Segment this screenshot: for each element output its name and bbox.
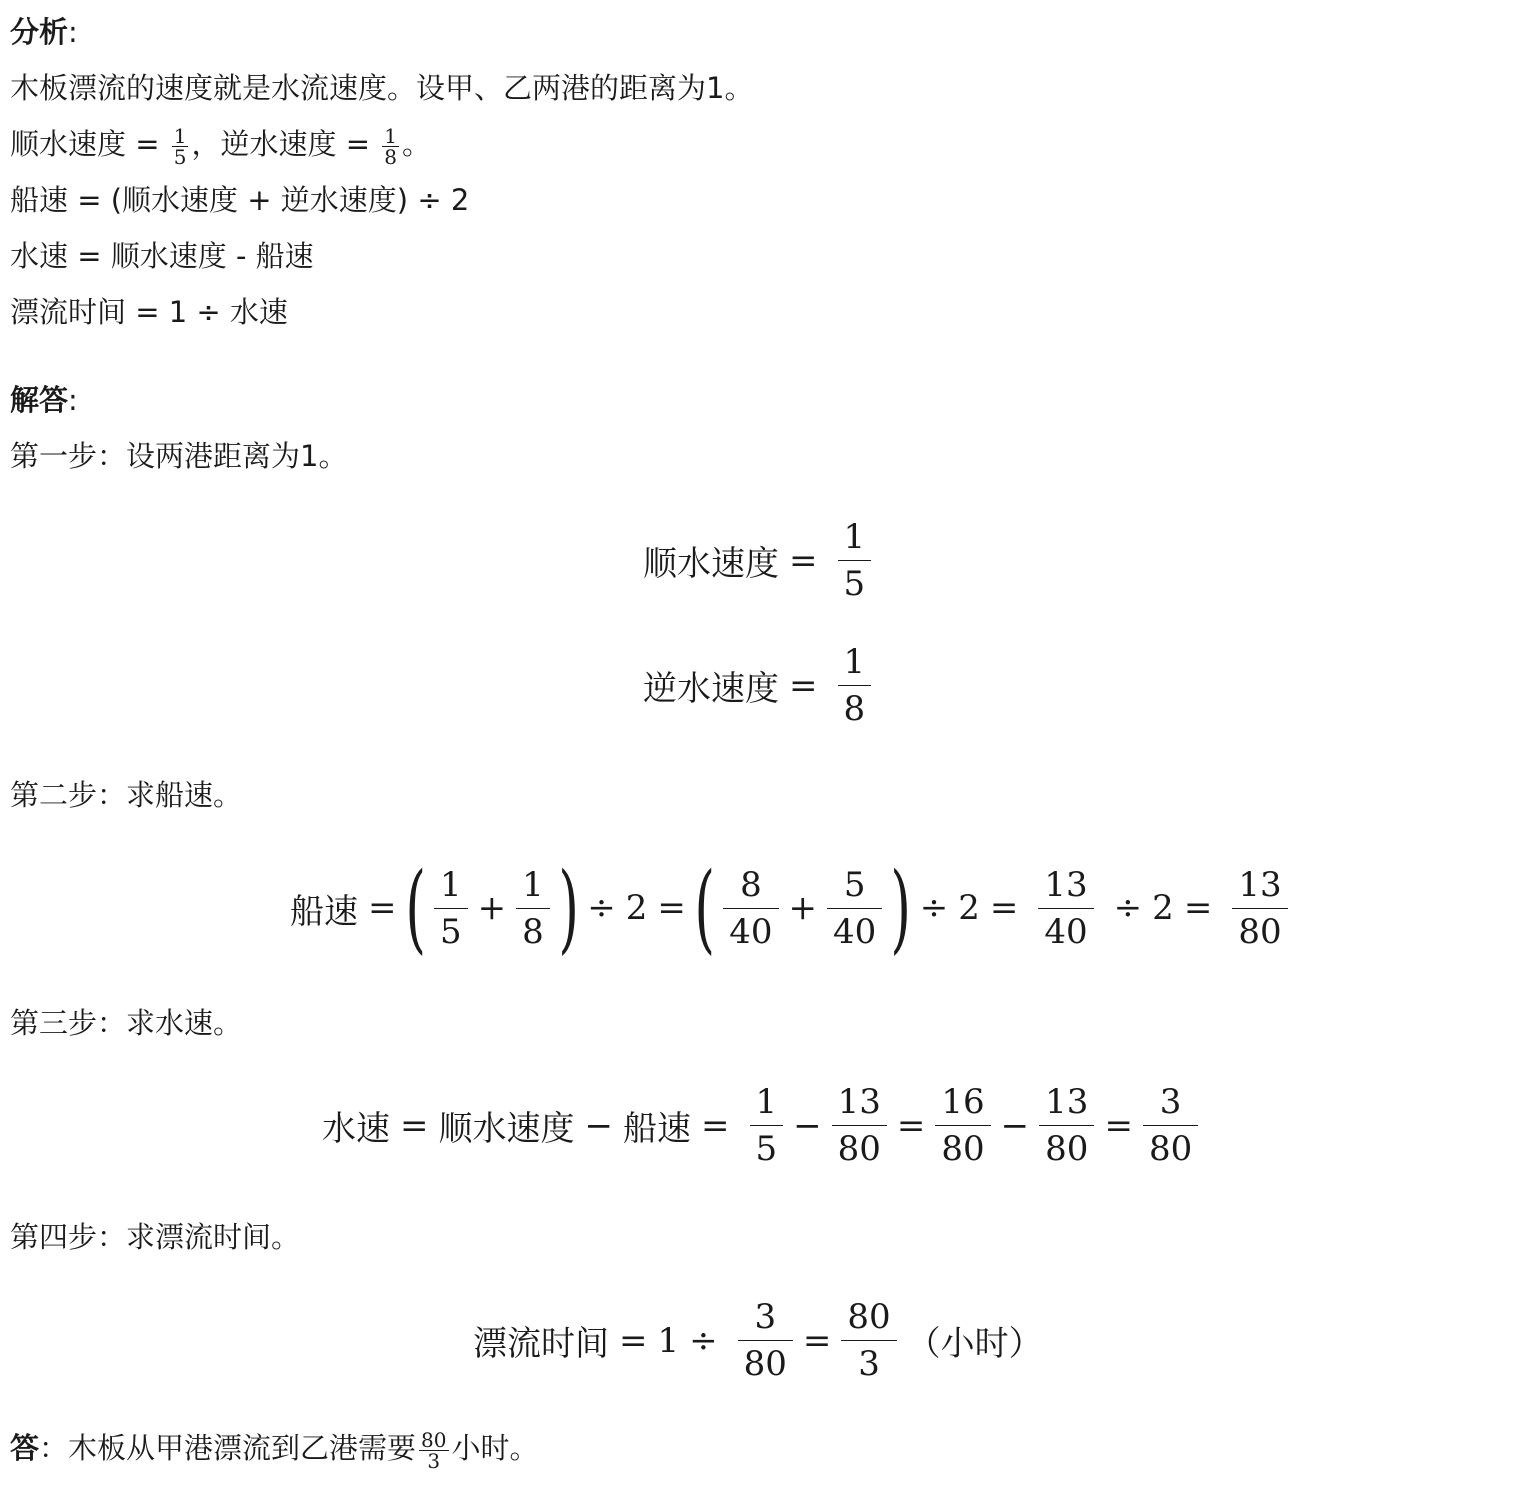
step-3: 第三步：求水速。 (10, 1003, 242, 1043)
equation-upstream-speed: 逆水速度= 18 (643, 645, 881, 726)
analysis-line-2: 顺水速度 = 15，逆水速度 = 18。 (10, 124, 431, 167)
step-4: 第四步：求漂流时间。 (10, 1217, 300, 1257)
analysis-line-3: 船速 = (顺水速度 + 逆水速度) ÷ 2 (10, 180, 469, 220)
analysis-heading: 分析: (10, 12, 78, 52)
fraction: 803 (419, 1430, 448, 1471)
answer-line: 答：木板从甲港漂流到乙港需要803小时。 (10, 1428, 539, 1471)
equation-water-speed: 水速= 顺水速度− 船速= 15 − 1380 = 1680 − 1380 = … (322, 1085, 1208, 1166)
step-2: 第二步：求船速。 (10, 775, 242, 815)
fraction: 18 (382, 126, 399, 167)
fraction: 15 (172, 126, 189, 167)
analysis-line-4: 水速 = 顺水速度 - 船速 (10, 236, 314, 276)
analysis-line-1: 木板漂流的速度就是水流速度。设甲、乙两港的距离为1。 (10, 68, 753, 108)
equation-downstream-speed: 顺水速度= 15 (643, 520, 881, 601)
equation-boat-speed: 船速= ( 15 + 18 ) ÷2= ( 840 + 540 ) ÷2= 13… (290, 858, 1298, 958)
solution-heading: 解答: (10, 380, 78, 420)
step-1: 第一步：设两港距离为1。 (10, 436, 347, 476)
analysis-line-5: 漂流时间 = 1 ÷ 水速 (10, 292, 288, 332)
equation-drift-time: 漂流时间= 1÷ 380 = 803 （小时） (473, 1300, 1043, 1381)
